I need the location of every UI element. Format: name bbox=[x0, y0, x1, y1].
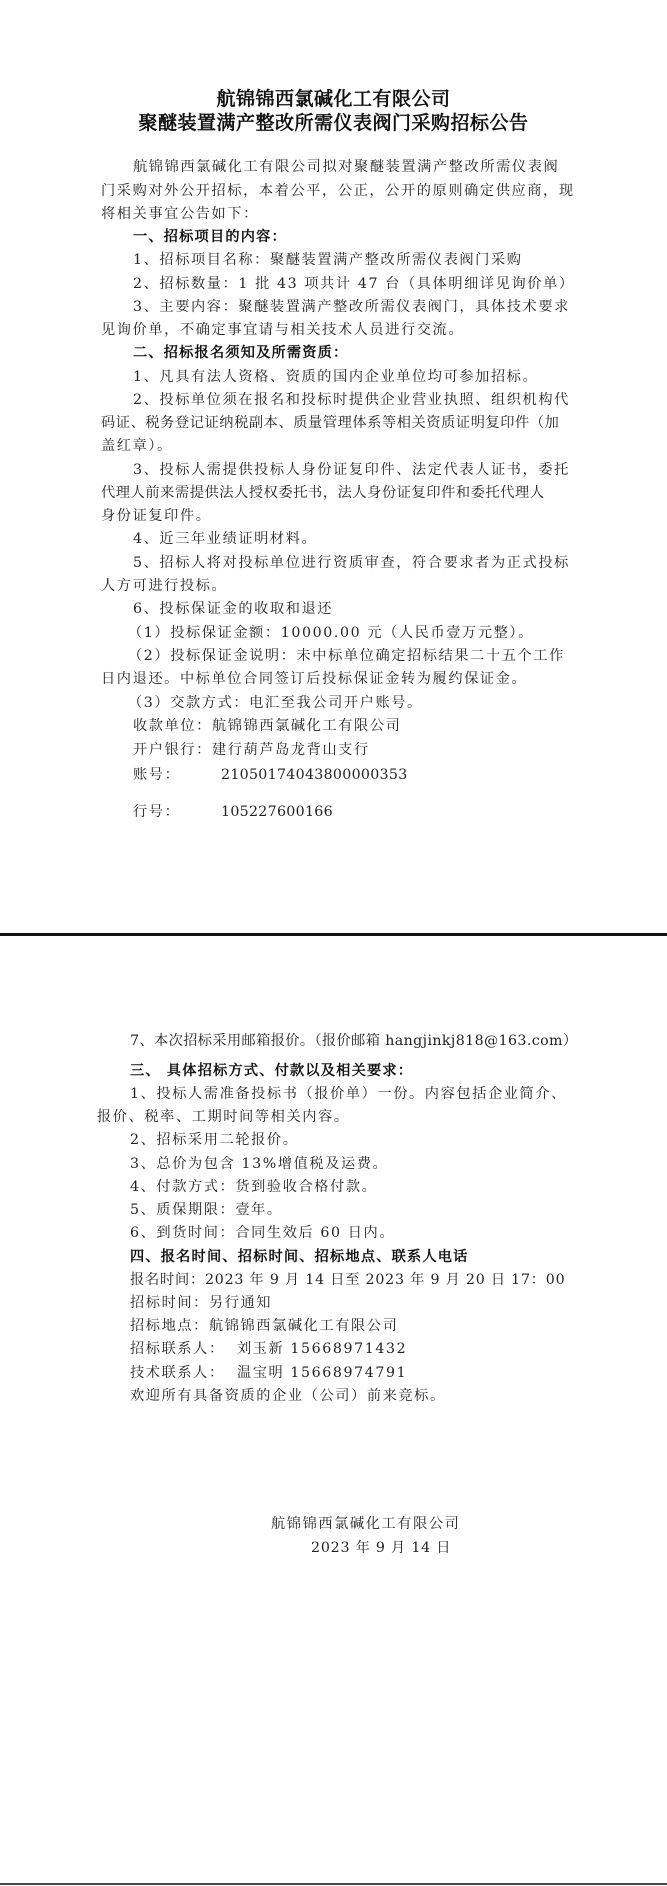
bank-code-value: 105227600166 bbox=[221, 804, 333, 820]
section-item: 见询价单，不确定事宜请与相关技术人员进行交流。 bbox=[101, 320, 464, 340]
intro-line: 门采购对外公开招标，本着公平，公正，公开的原则确定供应商，现 bbox=[101, 181, 575, 201]
section-item: 1、招标项目名称：聚醚装置满产整改所需仪表阀门采购 bbox=[133, 250, 523, 270]
section-line: 6、到货时间：合同生效后 60 日内。 bbox=[130, 1223, 395, 1243]
bank-row: 开户银行：建行葫芦岛龙背山支行 bbox=[133, 740, 370, 760]
payee-value: 航锦锦西氯碱化工有限公司 bbox=[212, 718, 401, 734]
section-heading: 三、 具体招标方式、付款以及相关要求： bbox=[130, 1061, 413, 1081]
title-company: 航锦锦西氯碱化工有限公司 bbox=[0, 84, 667, 111]
bank-value: 建行葫芦岛龙背山支行 bbox=[212, 742, 370, 758]
section-line: 4、近三年业绩证明材料。 bbox=[133, 529, 317, 549]
account-label: 账号： bbox=[133, 765, 221, 785]
section-line: 3、投标人需提供投标人身份证复印件、法定代表人证书，委托 bbox=[133, 460, 570, 480]
account-row: 账号：21050174043800000353 bbox=[133, 765, 408, 785]
section-line: 码证、税务登记证纳税副本、质量管理体系等相关资质证明复印件（加 bbox=[101, 413, 559, 433]
tech-contact: 技术联系人： 温宝明 15668974791 bbox=[130, 1363, 407, 1383]
section-line: 1、投标人需准备投标书（报价单）一份。内容包括企业简介、 bbox=[130, 1084, 567, 1104]
section-line: 报价、税率、工期时间等相关内容。 bbox=[97, 1107, 350, 1127]
section-line: 4、付款方式：货到验收合格付款。 bbox=[130, 1177, 377, 1197]
bid-time: 招标时间：另行通知 bbox=[130, 1293, 272, 1313]
page-separator bbox=[0, 933, 667, 936]
section-line: 5、质保期限：壹年。 bbox=[130, 1200, 283, 1220]
section-heading: 一、招标项目的内容： bbox=[133, 227, 287, 247]
account-value: 21050174043800000353 bbox=[221, 767, 408, 783]
section-line: 6、投标保证金的收取和退还 bbox=[133, 599, 333, 619]
payee-row: 收款单位：航锦锦西氯碱化工有限公司 bbox=[133, 716, 401, 736]
section-line: 5、招标人将对投标单位进行资质审查，符合要求者为正式投标 bbox=[133, 553, 570, 573]
document-page-1: 航锦锦西氯碱化工有限公司 聚醚装置满产整改所需仪表阀门采购招标公告 航锦锦西氯碱… bbox=[0, 0, 667, 934]
bid-location: 招标地点：航锦锦西氯碱化工有限公司 bbox=[130, 1316, 398, 1336]
section-item: 2、招标数量：1 批 43 项共计 47 台（具体明细详见询价单） bbox=[133, 274, 575, 294]
intro-line: 航锦锦西氯碱化工有限公司拟对聚醚装置满产整改所需仪表阀 bbox=[133, 157, 559, 177]
section-line: （1）投标保证金额：10000.00 元（人民币壹万元整）。 bbox=[128, 623, 534, 643]
bid-contact: 招标联系人： 刘玉新 15668971432 bbox=[130, 1339, 407, 1359]
section-line: （3）交款方式：电汇至我公司开户账号。 bbox=[128, 693, 423, 713]
section-item: 3、主要内容：聚醚装置满产整改所需仪表阀门，具体技术要求 bbox=[133, 297, 570, 317]
welcome-line: 欢迎所有具备资质的企业（公司）前来竞标。 bbox=[130, 1386, 446, 1406]
section-line: 人方可进行投标。 bbox=[101, 576, 227, 596]
section-line: 1、凡具有法人资格、资质的国内企业单位均可参加招标。 bbox=[133, 367, 538, 387]
section-line: 3、总价为包含 13%增值税及运费。 bbox=[130, 1154, 388, 1174]
registration-time: 报名时间：2023 年 9 月 14 日至 2023 年 9 月 20 日 17… bbox=[130, 1270, 565, 1290]
signature-company: 航锦锦西氯碱化工有限公司 bbox=[271, 1514, 460, 1534]
section-line: 身份证复印件。 bbox=[101, 506, 212, 526]
bank-label: 开户银行： bbox=[133, 742, 212, 758]
item-7-email: 7、本次招标采用邮箱报价。（报价邮箱 hangjinkj818@163.com） bbox=[130, 1031, 578, 1051]
section-line: 日内退还。中标单位合同签订后投标保证金转为履约保证金。 bbox=[101, 669, 527, 689]
title-announcement: 聚醚装置满产整改所需仪表阀门采购招标公告 bbox=[0, 108, 667, 135]
section-heading: 四、报名时间、招标时间、招标地点、联系人电话 bbox=[130, 1247, 469, 1267]
section-line: 盖红章）。 bbox=[101, 436, 173, 456]
payee-label: 收款单位： bbox=[133, 718, 212, 734]
section-heading: 二、招标报名须知及所需资质： bbox=[133, 343, 348, 363]
section-line: 代理人前来需提供法人授权委托书，法人身份证复印件和委托代理人 bbox=[101, 483, 545, 503]
section-line: （2）投标保证金说明：未中标单位确定招标结果二十五个工作 bbox=[128, 646, 565, 666]
intro-line: 将相关事宜公告如下： bbox=[101, 204, 259, 224]
document-page-2: 7、本次招标采用邮箱报价。（报价邮箱 hangjinkj818@163.com）… bbox=[0, 938, 667, 1884]
page-bottom-border bbox=[0, 1883, 667, 1885]
section-line: 2、投标单位须在报名和投标时提供企业营业执照、组织机构代 bbox=[133, 390, 570, 410]
section-line: 2、招标采用二轮报价。 bbox=[130, 1130, 299, 1150]
bank-code-row: 行号：105227600166 bbox=[133, 802, 333, 822]
bank-code-label: 行号： bbox=[133, 802, 221, 822]
signature-date: 2023 年 9 月 14 日 bbox=[311, 1538, 451, 1558]
